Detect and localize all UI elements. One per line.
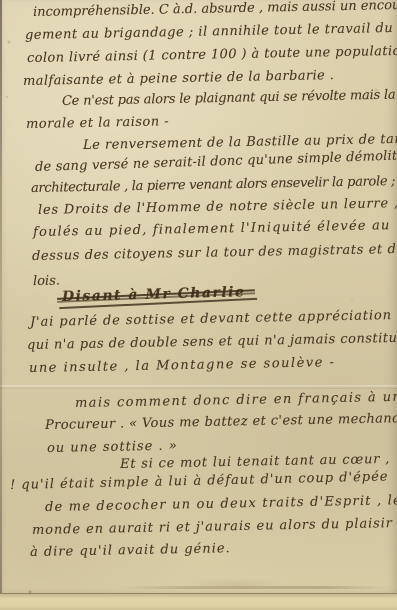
page-bottom-edge bbox=[120, 586, 390, 589]
paper-crease bbox=[0, 385, 397, 389]
handwriting-line: à dire qu'il avait du génie. bbox=[30, 542, 231, 559]
handwriting-line: ou une sottise . » bbox=[47, 439, 178, 455]
underlying-page-edge bbox=[0, 593, 397, 610]
struck-heading: Disant à Mr Charlie bbox=[62, 285, 246, 304]
handwriting-line: lois. bbox=[33, 274, 60, 288]
page-left-edge bbox=[0, 0, 2, 593]
manuscript-photo: incompréhensible. C à.d. absurde , mais … bbox=[0, 0, 397, 610]
handwriting-line: morale et la raison - bbox=[26, 115, 169, 131]
